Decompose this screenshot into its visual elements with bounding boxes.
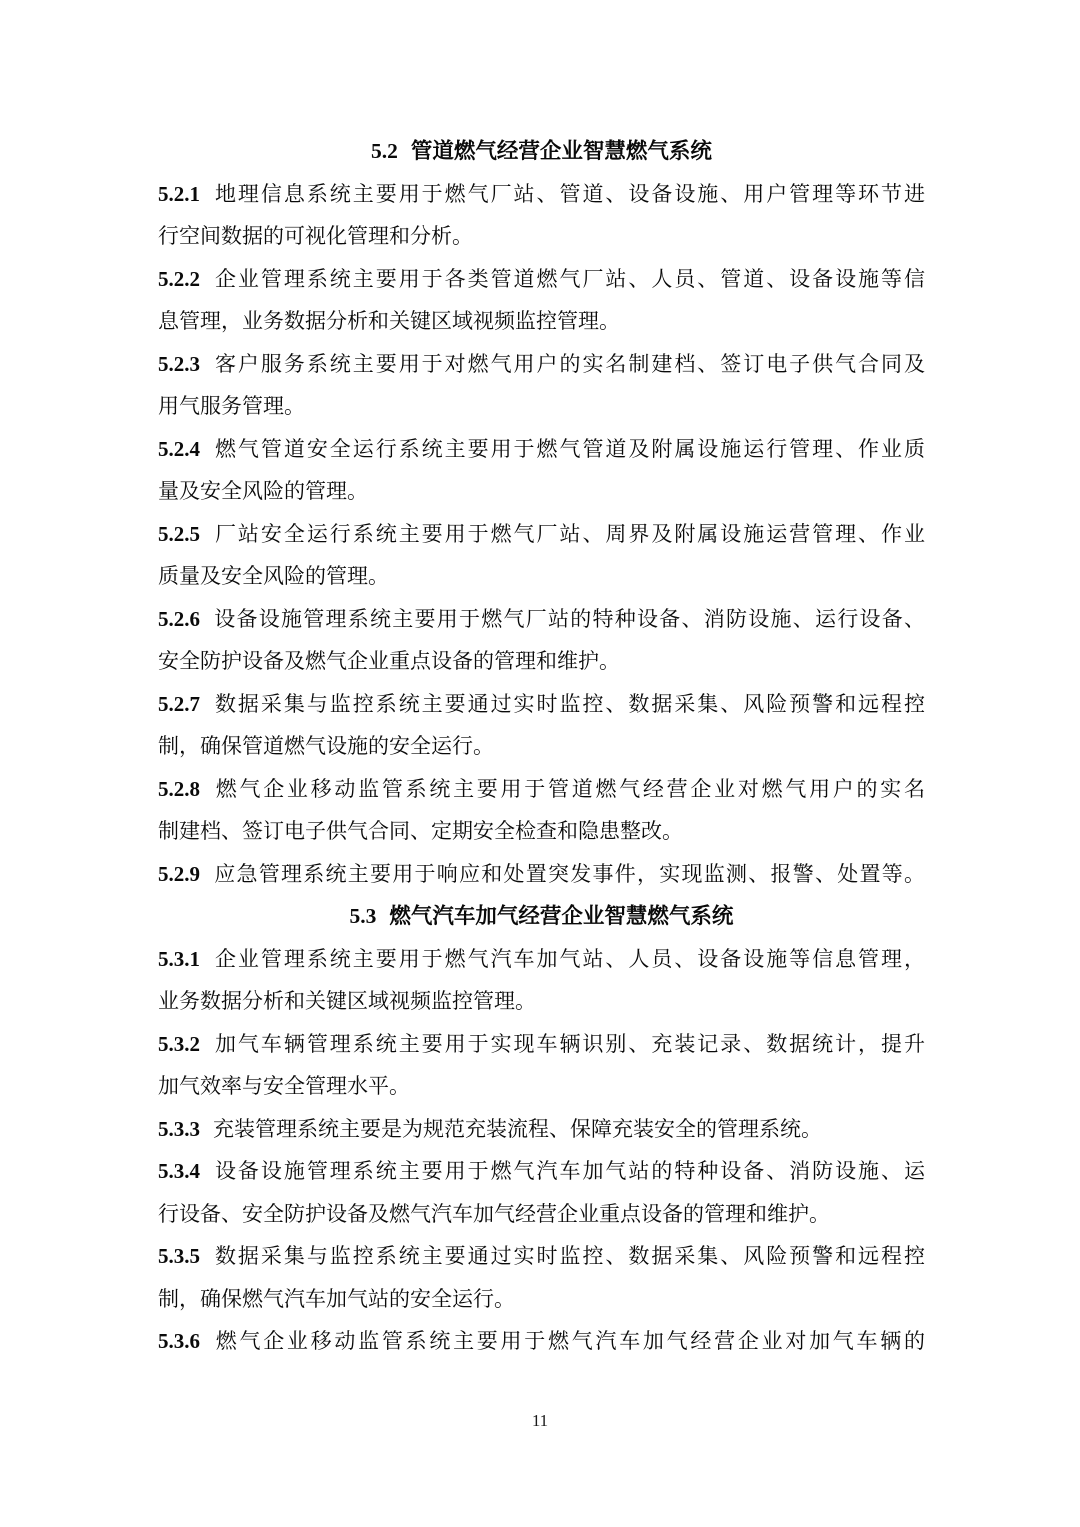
clause-text: 加气车辆管理系统主要用于实现车辆识别、充装记录、数据统计，提升 [213, 1032, 925, 1056]
clause-text: 用气服务管理。 [158, 394, 305, 418]
clause-line: 制，确保燃气汽车加气站的安全运行。 [158, 1278, 925, 1321]
clause-number: 5.2.3 [158, 352, 200, 376]
clause-line: 行空间数据的可视化管理和分析。 [158, 215, 925, 258]
clause-line: 5.3.3充装管理系统主要是为规范充装流程、保障充装安全的管理系统。 [158, 1108, 925, 1151]
clause-line: 5.2.5厂站安全运行系统主要用于燃气厂站、周界及附属设施运营管理、作业 [158, 513, 925, 556]
clause-line: 安全防护设备及燃气企业重点设备的管理和维护。 [158, 640, 925, 683]
clause-number: 5.3.6 [158, 1329, 200, 1353]
clause-number: 5.3.1 [158, 947, 200, 971]
clause-line: 5.2.9应急管理系统主要用于响应和处置突发事件，实现监测、报警、处置等。 [158, 853, 925, 896]
clause-number: 5.2.5 [158, 522, 200, 546]
clause-line: 5.3.1企业管理系统主要用于燃气汽车加气站、人员、设备设施等信息管理， [158, 938, 925, 981]
clause-text: 加气效率与安全管理水平。 [158, 1074, 410, 1098]
clause-text: 制，确保管道燃气设施的安全运行。 [158, 734, 494, 758]
clause-number: 5.3.2 [158, 1032, 200, 1056]
clause-line: 行设备、安全防护设备及燃气汽车加气经营企业重点设备的管理和维护。 [158, 1193, 925, 1236]
clause-line: 质量及安全风险的管理。 [158, 555, 925, 598]
clause-number: 5.2.1 [158, 182, 200, 206]
clause-text: 行设备、安全防护设备及燃气汽车加气经营企业重点设备的管理和维护。 [158, 1202, 830, 1226]
heading-number: 5.2 [371, 139, 398, 163]
clause-line: 5.2.2企业管理系统主要用于各类管道燃气厂站、人员、管道、设备设施等信 [158, 258, 925, 301]
clause-text: 地理信息系统主要用于燃气厂站、管道、设备设施、用户管理等环节进 [213, 182, 925, 206]
clause-text: 企业管理系统主要用于燃气汽车加气站、人员、设备设施等信息管理， [213, 947, 925, 971]
clause-text: 行空间数据的可视化管理和分析。 [158, 224, 473, 248]
clause-number: 5.2.7 [158, 692, 200, 716]
clause-line: 制，确保管道燃气设施的安全运行。 [158, 725, 925, 768]
clause-text: 燃气管道安全运行系统主要用于燃气管道及附属设施运行管理、作业质 [213, 437, 925, 461]
document-page: 5.2管道燃气经营企业智慧燃气系统5.2.1地理信息系统主要用于燃气厂站、管道、… [0, 0, 1080, 1527]
clause-line: 5.2.6设备设施管理系统主要用于燃气厂站的特种设备、消防设施、运行设备、 [158, 598, 925, 641]
clause-number: 5.2.8 [158, 777, 200, 801]
clause-line: 加气效率与安全管理水平。 [158, 1065, 925, 1108]
clause-line: 5.3.5数据采集与监控系统主要通过实时监控、数据采集、风险预警和远程控 [158, 1235, 925, 1278]
clause-line: 5.3.4设备设施管理系统主要用于燃气汽车加气站的特种设备、消防设施、运 [158, 1150, 925, 1193]
clause-line: 5.2.1地理信息系统主要用于燃气厂站、管道、设备设施、用户管理等环节进 [158, 173, 925, 216]
heading-title: 管道燃气经营企业智慧燃气系统 [411, 139, 712, 163]
clause-text: 制建档、签订电子供气合同、定期安全检查和隐患整改。 [158, 819, 683, 843]
clause-line: 用气服务管理。 [158, 385, 925, 428]
clause-text: 业务数据分析和关键区域视频监控管理。 [158, 989, 536, 1013]
clause-text: 充装管理系统主要是为规范充装流程、保障充装安全的管理系统。 [213, 1117, 822, 1141]
clause-number: 5.3.3 [158, 1117, 200, 1141]
clause-number: 5.2.4 [158, 437, 200, 461]
clause-line: 5.3.6燃气企业移动监管系统主要用于燃气汽车加气经营企业对加气车辆的 [158, 1320, 925, 1363]
page-footer: 11 [0, 1411, 1080, 1431]
page-number: 11 [532, 1411, 548, 1430]
clause-line: 业务数据分析和关键区域视频监控管理。 [158, 980, 925, 1023]
clause-line: 制建档、签订电子供气合同、定期安全检查和隐患整改。 [158, 810, 925, 853]
clause-line: 息管理，业务数据分析和关键区域视频监控管理。 [158, 300, 925, 343]
clause-number: 5.2.9 [158, 862, 200, 886]
clause-number: 5.2.2 [158, 267, 200, 291]
heading-title: 燃气汽车加气经营企业智慧燃气系统 [389, 904, 733, 928]
clause-number: 5.3.5 [158, 1244, 200, 1268]
clause-line: 5.2.7数据采集与监控系统主要通过实时监控、数据采集、风险预警和远程控 [158, 683, 925, 726]
section-heading: 5.2管道燃气经营企业智慧燃气系统 [158, 130, 925, 173]
clause-text: 数据采集与监控系统主要通过实时监控、数据采集、风险预警和远程控 [213, 692, 925, 716]
clause-line: 5.3.2加气车辆管理系统主要用于实现车辆识别、充装记录、数据统计，提升 [158, 1023, 925, 1066]
clause-line: 量及安全风险的管理。 [158, 470, 925, 513]
clause-text: 质量及安全风险的管理。 [158, 564, 389, 588]
clause-text: 燃气企业移动监管系统主要用于管道燃气经营企业对燃气用户的实名 [213, 777, 925, 801]
heading-number: 5.3 [350, 904, 377, 928]
clause-text: 设备设施管理系统主要用于燃气汽车加气站的特种设备、消防设施、运 [213, 1159, 925, 1183]
clause-line: 5.2.4燃气管道安全运行系统主要用于燃气管道及附属设施运行管理、作业质 [158, 428, 925, 471]
clause-text: 数据采集与监控系统主要通过实时监控、数据采集、风险预警和远程控 [213, 1244, 925, 1268]
clause-number: 5.2.6 [158, 607, 200, 631]
clause-line: 5.2.8燃气企业移动监管系统主要用于管道燃气经营企业对燃气用户的实名 [158, 768, 925, 811]
clause-text: 燃气企业移动监管系统主要用于燃气汽车加气经营企业对加气车辆的 [213, 1329, 925, 1353]
clause-text: 息管理，业务数据分析和关键区域视频监控管理。 [158, 309, 620, 333]
document-content: 5.2管道燃气经营企业智慧燃气系统5.2.1地理信息系统主要用于燃气厂站、管道、… [158, 130, 925, 1363]
clause-text: 设备设施管理系统主要用于燃气厂站的特种设备、消防设施、运行设备、 [213, 607, 925, 631]
clause-text: 安全防护设备及燃气企业重点设备的管理和维护。 [158, 649, 620, 673]
clause-text: 企业管理系统主要用于各类管道燃气厂站、人员、管道、设备设施等信 [213, 267, 925, 291]
clause-text: 量及安全风险的管理。 [158, 479, 368, 503]
clause-text: 应急管理系统主要用于响应和处置突发事件，实现监测、报警、处置等。 [213, 862, 925, 886]
clause-text: 制，确保燃气汽车加气站的安全运行。 [158, 1287, 515, 1311]
clause-text: 厂站安全运行系统主要用于燃气厂站、周界及附属设施运营管理、作业 [213, 522, 925, 546]
section-heading: 5.3燃气汽车加气经营企业智慧燃气系统 [158, 895, 925, 938]
clause-line: 5.2.3客户服务系统主要用于对燃气用户的实名制建档、签订电子供气合同及 [158, 343, 925, 386]
clause-text: 客户服务系统主要用于对燃气用户的实名制建档、签订电子供气合同及 [213, 352, 925, 376]
clause-number: 5.3.4 [158, 1159, 200, 1183]
